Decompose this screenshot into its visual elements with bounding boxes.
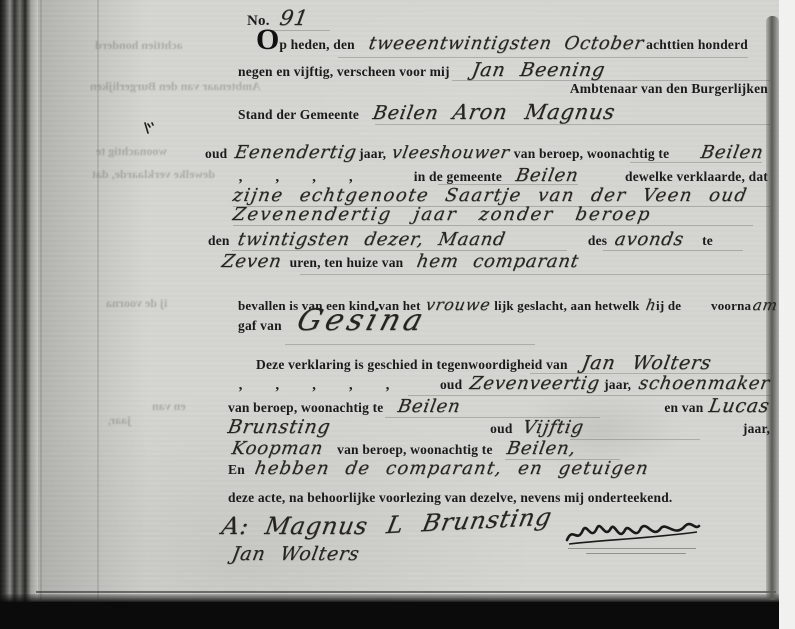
handwritten-gender: vrouwe [424, 295, 492, 314]
handwritten-hour: Zeven [220, 251, 283, 272]
bleedthrough-text: ij de voorna [106, 296, 167, 311]
page-bottom-edge [36, 591, 776, 593]
printed-den: den [208, 233, 230, 249]
act-number-value: 91 [278, 6, 311, 30]
printed-achttien-honderd: achttien honderd [646, 37, 748, 53]
printed-in-de-gemeente: in de gemeente [414, 169, 502, 185]
baseline-rule [375, 124, 770, 125]
registrar-title-row: Ambtenaar van den Burgerlijken [400, 81, 768, 97]
printed-jaar-w2: jaar, [743, 421, 770, 437]
printed-jaar: jaar, [359, 146, 386, 162]
intro-date-row: O p heden, den tweeentwintigsten October… [256, 33, 748, 54]
printed-oud-w1: oud [440, 377, 462, 393]
registrar-signature-scribble [563, 518, 703, 552]
printed-stand-der-gemeente: Stand der Gemeente [238, 107, 359, 123]
handwritten-spouse: zijne echtgenoote Saartje van der Veen o… [231, 185, 749, 206]
witness1-residence-row: van beroep, woonachtig te Beilen en van … [228, 395, 770, 417]
baseline-rule [285, 344, 535, 345]
signature-brunsting: L Brunsting [384, 503, 554, 539]
handwritten-daypart: avonds [613, 229, 686, 250]
signed-by-row: En hebben de comparant, en getuigen [228, 458, 649, 479]
handwritten-declarant-profession: vleeshouwer [390, 143, 511, 163]
handwritten-spouse-age: Zevenendertig jaar zonder beroep [231, 204, 653, 225]
handwritten-witness1-residence: Beilen [396, 396, 462, 417]
handwritten-birth-day: twintigsten dezer, Maand [236, 229, 507, 250]
ditto-marks: ‚ ‚ ‚ ‚ [238, 169, 367, 186]
signature-magnus: A: Magnus [220, 512, 371, 540]
handwritten-declarant-residence: Beilen [699, 142, 765, 163]
printed-uren-ten-huize-van: uren, ten huize van [290, 255, 404, 271]
printed-en-van: en van [664, 400, 703, 416]
bleedthrough-text: achttien honderd [95, 38, 183, 53]
handwritten-registrar-name: Jan Beening [470, 59, 607, 81]
handwritten-date: tweeentwintigsten October [367, 33, 646, 54]
bleedthrough-text: dewelke verklaarde, dat [92, 167, 215, 182]
printed-oud: oud [205, 146, 227, 162]
bleedthrough-text: Ambtenaar van den Burgerlijken [90, 79, 261, 94]
printed-deze-verklaring: Deze verklaring is geschied in tegenwoor… [256, 357, 568, 373]
bleedthrough-text: woonachtig te [96, 144, 167, 159]
witness1-row: Deze verklaring is geschied in tegenwoor… [256, 352, 770, 374]
handwritten-witness1-profession: schoenmaker [637, 373, 771, 394]
witness1-age-row: ‚ ‚ ‚ ‚ ‚ oud Zevenveertig jaar, schoenm… [238, 373, 770, 394]
signature-wolters: Jan Wolters [230, 543, 361, 565]
printed-closing: deze acte, na behoorlijke voorlezing van… [228, 490, 672, 506]
handwritten-witness1-name: Jan Wolters [580, 352, 713, 374]
handwritten-declarant-age: Eenendertig [234, 142, 359, 163]
printed-oud-w2: oud [490, 421, 512, 437]
handwritten-birth-location: hem comparant [416, 251, 582, 272]
handwritten-am: am [752, 296, 780, 314]
closing-row: deze acte, na behoorlijke voorlezing van… [228, 490, 672, 506]
handwritten-witness2-first: Lucas [707, 395, 771, 417]
ditto-marks: ‚ ‚ ‚ ‚ ‚ [238, 377, 404, 394]
printed-van-beroep-w1: van beroep, woonachtig te [228, 400, 384, 416]
witness2-residence-row: Koopman van beroep, woonachtig te Beilen… [232, 438, 652, 459]
printed-van-beroep-w2: van beroep, woonachtig te [337, 442, 493, 458]
birth-record-scan: achttien honderd Ambtenaar van den Burge… [0, 0, 795, 629]
printed-gaf-van: gaf van [238, 318, 282, 334]
outer-margin [779, 0, 795, 629]
intro-registrar-row: negen en vijftig, verscheen voor mij Jan… [238, 59, 770, 81]
printed-dewelke-verklaarde: dewelke verklaarde, dat [625, 169, 768, 185]
binding-shadow [38, 0, 148, 629]
handwritten-witness1-age: Zevenveertig [468, 373, 601, 394]
printed-jaar-w1: jaar, [604, 377, 631, 393]
baseline-rule [338, 57, 748, 58]
declarant-age-profession-row: oud Eenendertig jaar, vleeshouwer van be… [205, 142, 763, 163]
handwritten-declarant-name: Aron Magnus [451, 100, 617, 124]
spouse-row: zijne echtgenoote Saartje van der Veen o… [233, 185, 748, 206]
handwritten-gemeente: Beilen [514, 165, 580, 186]
page-fold-line [40, 0, 42, 600]
book-binding [0, 0, 38, 629]
printed-negen-en-vijftig: negen en vijftig, verscheen voor mij [238, 64, 450, 80]
signature-underline [586, 553, 686, 554]
baseline-rule [300, 274, 770, 275]
handwritten-witness2-profession: Koopman [230, 438, 325, 459]
witness2-age-row: Brunsting oud Vijftig jaar, [228, 416, 770, 438]
bleedthrough-text: jaar, [108, 413, 131, 428]
baseline-rule [233, 225, 753, 226]
printed-en: En [228, 462, 245, 478]
printed-te: te [702, 233, 713, 249]
handwritten-witness2-residence: Beilen, [505, 438, 578, 459]
declarant-gemeente-row: ‚ ‚ ‚ ‚ in de gemeente Beilen dewelke ve… [238, 165, 768, 186]
bleedthrough-text: en van [152, 399, 186, 414]
printed-ij-de: ij de [656, 298, 681, 314]
handwritten-signed-clause: hebben de comparant, en getuigen [253, 458, 651, 479]
printed-op-heden: p heden, den [279, 37, 355, 53]
spouse-age-row: Zevenendertig jaar zonder beroep [233, 204, 651, 225]
printed-voorna: voorna [711, 298, 751, 314]
birth-hour-row: Zeven uren, ten huize van hem comparant [222, 251, 770, 272]
photo-background [0, 602, 795, 629]
printed-registrar-title: Ambtenaar van den Burgerlijken [570, 81, 768, 97]
gemeente-declarant-row: Stand der Gemeente Beilen Aron Magnus [238, 100, 770, 124]
printed-van-beroep: van beroep, woonachtig te [514, 146, 670, 162]
printed-geslacht: lijk geslacht, aan hetwelk [494, 298, 639, 314]
handwritten-municipality: Beilen [371, 102, 441, 124]
handwritten-child-name: Gesina [293, 303, 431, 338]
handwritten-witness2-last: Brunsting [226, 416, 332, 438]
ink-mark [142, 121, 156, 137]
printed-des: des [588, 233, 607, 249]
birth-day-row: den twintigsten dezer, Maand des avonds … [208, 229, 713, 250]
handwritten-witness2-age: Vijftig [521, 417, 585, 438]
child-name-row: gaf van Gesina [238, 311, 426, 338]
